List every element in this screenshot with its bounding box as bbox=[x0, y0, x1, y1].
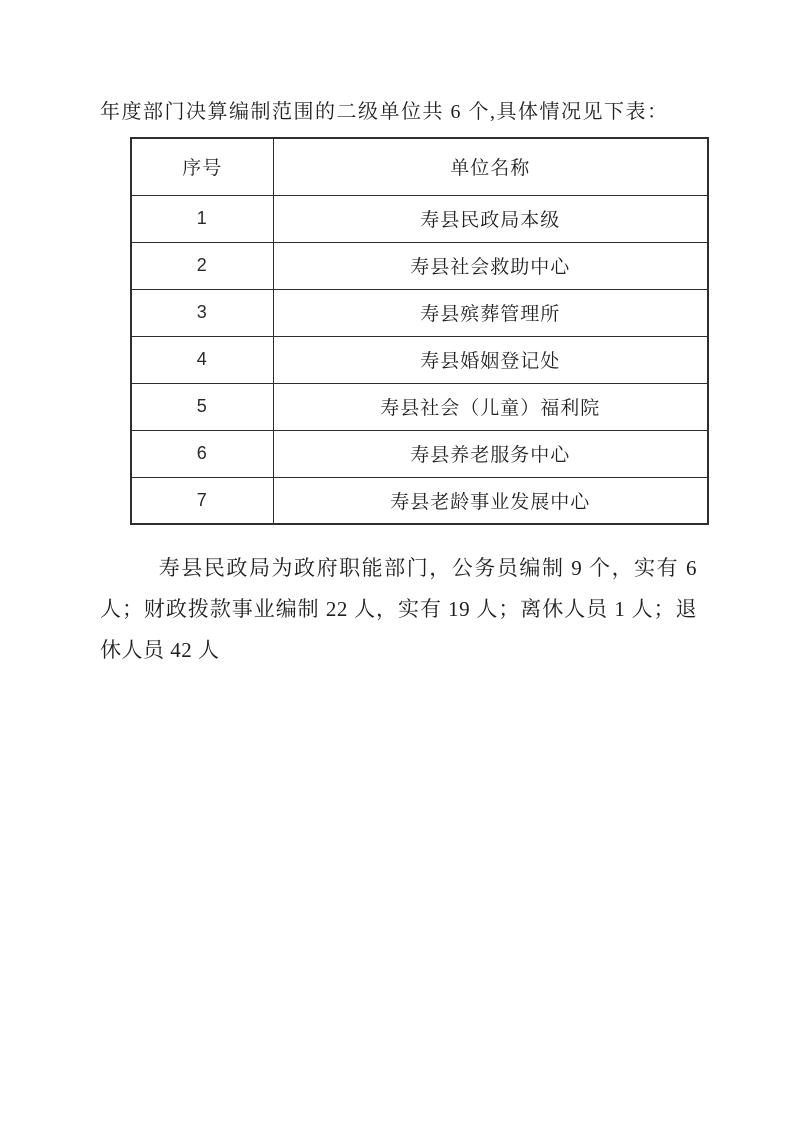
document-page: 年度部门决算编制范围的二级单位共 6 个,具体情况见下表： 序号 单位名称 1 … bbox=[0, 0, 793, 1122]
table-row: 3 寿县殡葬管理所 bbox=[131, 289, 708, 336]
row-no: 4 bbox=[131, 336, 273, 383]
row-no: 5 bbox=[131, 383, 273, 430]
header-cell-name: 单位名称 bbox=[273, 138, 708, 195]
row-no: 1 bbox=[131, 195, 273, 242]
row-unit-name: 寿县婚姻登记处 bbox=[273, 336, 708, 383]
row-no: 6 bbox=[131, 430, 273, 477]
table-row: 6 寿县养老服务中心 bbox=[131, 430, 708, 477]
table-row: 7 寿县老龄事业发展中心 bbox=[131, 477, 708, 524]
table-row: 2 寿县社会救助中心 bbox=[131, 242, 708, 289]
row-unit-name: 寿县社会救助中心 bbox=[273, 242, 708, 289]
table-row: 4 寿县婚姻登记处 bbox=[131, 336, 708, 383]
table-header-row: 序号 单位名称 bbox=[131, 138, 708, 195]
table-row: 1 寿县民政局本级 bbox=[131, 195, 708, 242]
units-table: 序号 单位名称 1 寿县民政局本级 2 寿县社会救助中心 3 寿县殡葬管理所 4… bbox=[130, 137, 709, 525]
row-unit-name: 寿县殡葬管理所 bbox=[273, 289, 708, 336]
header-cell-no: 序号 bbox=[131, 138, 273, 195]
row-no: 3 bbox=[131, 289, 273, 336]
intro-paragraph: 年度部门决算编制范围的二级单位共 6 个,具体情况见下表： bbox=[100, 98, 696, 126]
row-unit-name: 寿县老龄事业发展中心 bbox=[273, 477, 708, 524]
row-no: 7 bbox=[131, 477, 273, 524]
row-unit-name: 寿县社会（儿童）福利院 bbox=[273, 383, 708, 430]
row-unit-name: 寿县养老服务中心 bbox=[273, 430, 708, 477]
table-row: 5 寿县社会（儿童）福利院 bbox=[131, 383, 708, 430]
row-unit-name: 寿县民政局本级 bbox=[273, 195, 708, 242]
row-no: 2 bbox=[131, 242, 273, 289]
closing-paragraph: 寿县民政局为政府职能部门，公务员编制 9 个，实有 6 人；财政拨款事业编制 2… bbox=[100, 548, 697, 671]
